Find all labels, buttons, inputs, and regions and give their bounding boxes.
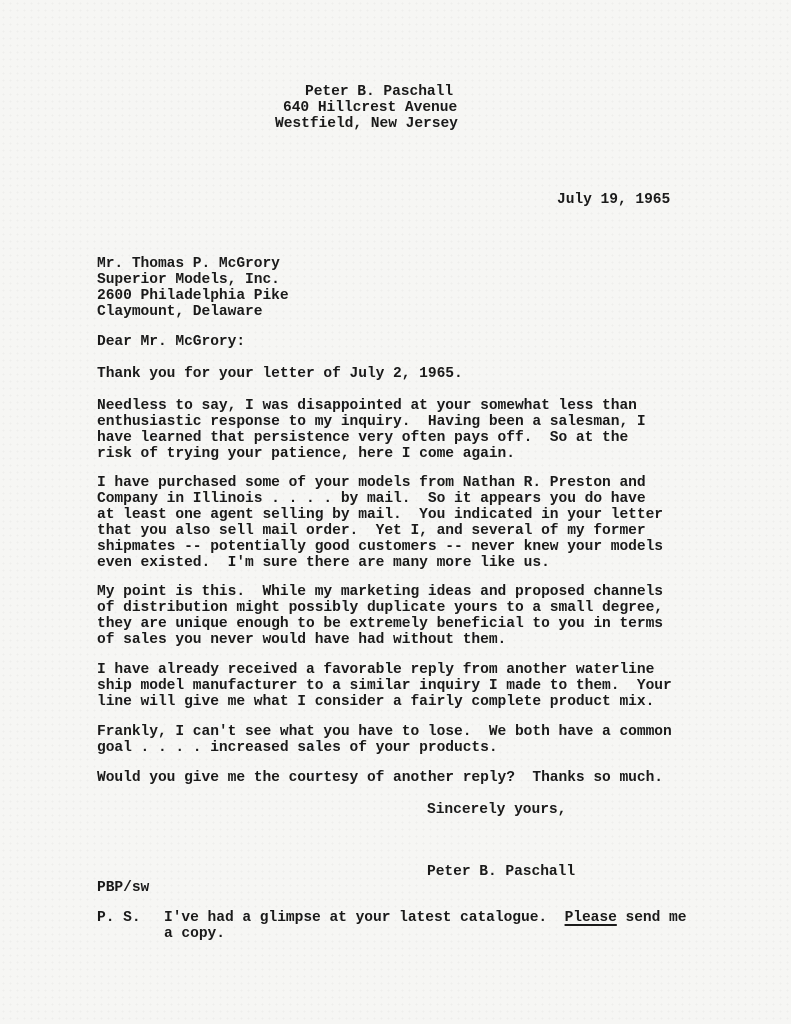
- letter-page: Peter B. Paschall 640 Hillcrest Avenue W…: [0, 0, 791, 1024]
- paragraph-line: ship model manufacturer to a similar inq…: [97, 678, 672, 694]
- postscript-text-end: send me: [617, 910, 687, 926]
- paragraph-line: even existed. I'm sure there are many mo…: [97, 555, 550, 571]
- letterhead-name: Peter B. Paschall: [305, 84, 453, 100]
- recipient-company: Superior Models, Inc.: [97, 272, 280, 288]
- postscript-line-2: a copy.: [164, 926, 225, 942]
- recipient-city: Claymount, Delaware: [97, 304, 262, 320]
- paragraph-line: that you also sell mail order. Yet I, an…: [97, 523, 646, 539]
- paragraph-line: Frankly, I can't see what you have to lo…: [97, 724, 672, 740]
- paragraph-line: I have purchased some of your models fro…: [97, 475, 646, 491]
- paragraph-line: of sales you never would have had withou…: [97, 632, 506, 648]
- paragraph-line: Company in Illinois . . . . by mail. So …: [97, 491, 646, 507]
- recipient-street: 2600 Philadelphia Pike: [97, 288, 289, 304]
- salutation: Dear Mr. McGrory:: [97, 334, 245, 350]
- postscript-underlined-text: Please: [565, 910, 617, 926]
- paragraph-line: of distribution might possibly duplicate…: [97, 600, 663, 616]
- paragraph-line: shipmates -- potentially good customers …: [97, 539, 663, 555]
- paragraph-line: at least one agent selling by mail. You …: [97, 507, 663, 523]
- closing: Sincerely yours,: [427, 802, 566, 818]
- paragraph-line: I have already received a favorable repl…: [97, 662, 654, 678]
- postscript-line-1: I've had a glimpse at your latest catalo…: [164, 910, 686, 926]
- paragraph-line: have learned that persistence very often…: [97, 430, 628, 446]
- paragraph-line: goal . . . . increased sales of your pro…: [97, 740, 498, 756]
- recipient-name: Mr. Thomas P. McGrory: [97, 256, 280, 272]
- paragraph-line: Needless to say, I was disappointed at y…: [97, 398, 637, 414]
- paragraph-line: enthusiastic response to my inquiry. Hav…: [97, 414, 646, 430]
- letterhead-street: 640 Hillcrest Avenue: [283, 100, 457, 116]
- paragraph-line: Would you give me the courtesy of anothe…: [97, 770, 663, 786]
- letter-date: July 19, 1965: [557, 192, 670, 208]
- paragraph-line: risk of trying your patience, here I com…: [97, 446, 515, 462]
- paragraph-line: they are unique enough to be extremely b…: [97, 616, 663, 632]
- postscript-label: P. S.: [97, 910, 141, 926]
- paragraph-line: Thank you for your letter of July 2, 196…: [97, 366, 463, 382]
- paragraph-line: line will give me what I consider a fair…: [97, 694, 654, 710]
- signature: Peter B. Paschall: [427, 864, 575, 880]
- letterhead-city: Westfield, New Jersey: [275, 116, 458, 132]
- postscript-text: I've had a glimpse at your latest catalo…: [164, 910, 565, 926]
- typist-initials: PBP/sw: [97, 880, 149, 896]
- paragraph-line: My point is this. While my marketing ide…: [97, 584, 663, 600]
